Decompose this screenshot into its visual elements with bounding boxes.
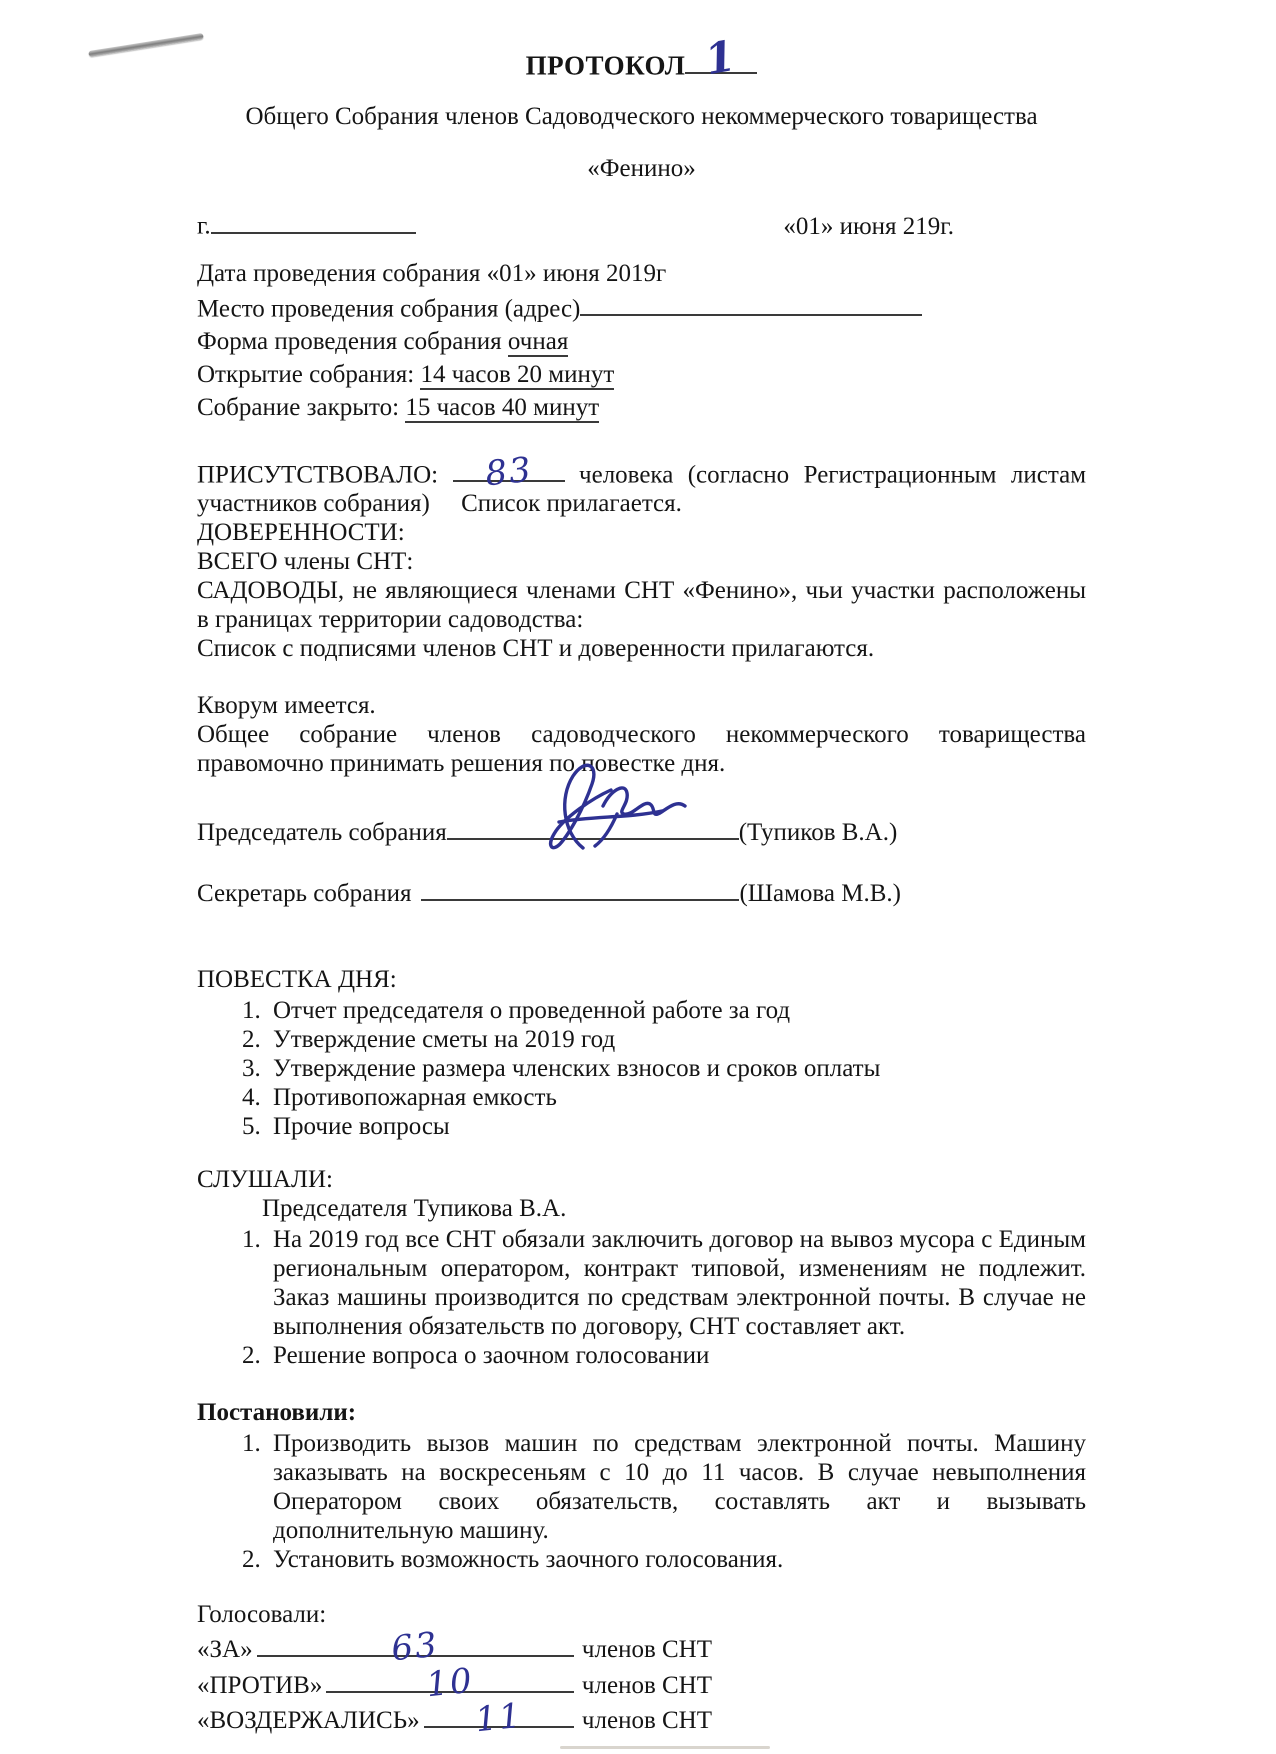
vote-suffix: членов СНТ [582,1671,712,1701]
close-label: Собрание закрыто: [197,394,399,421]
city-blank [211,207,416,233]
present-line: ПРИСУТСТВОВАЛО: 83 человека (согласно Ре… [197,456,1086,518]
signatures-attached-text: Список с подписями членов СНТ и доверенн… [197,634,1086,663]
proxies-label: ДОВЕРЕННОСТИ: [197,518,1086,547]
agenda-item: Отчет председателя о проведенной работе … [267,996,1086,1025]
place-label: Место проведения собрания (адрес) [197,295,580,322]
vote-label: «ЗА» [197,1635,253,1665]
quorum-authority-line: Общее собрание членов садоводческого нек… [197,720,1086,778]
document-title-row: ПРОТОКОЛ1 [197,46,1086,81]
place-blank [580,290,922,316]
vote-row-za: «ЗА» 63 членов СНТ [197,1630,712,1666]
quorum-section: Кворум имеется. Общее собрание членов са… [197,691,1086,778]
heard-list: На 2019 год все СНТ обязали заключить до… [197,1225,1086,1370]
document-date: «01» июня 219г. [783,213,954,241]
agenda-item: Прочие вопросы [267,1112,1086,1141]
secretary-signature-row: Секретарь собрания (Шамова М.В.) [197,874,1086,908]
quorum-line: Кворум имеется. [197,691,1086,720]
chairman-signature-blank [447,814,739,840]
agenda-list: Отчет председателя о проведенной работе … [197,996,1086,1141]
handwritten-vote-count-protiv: 10 [425,1665,475,1700]
chairman-signature-row: Председатель собрания (Тупиков В.А.) [197,814,1086,848]
agenda-item: Противопожарная емкость [267,1083,1086,1112]
vote-count-blank: 10 [326,1665,574,1693]
heard-item: На 2019 год все СНТ обязали заключить до… [267,1225,1086,1341]
resolved-item: Производить вызов машин по средствам эле… [267,1429,1086,1545]
present-count-blank: 83 [453,456,565,482]
agenda-item: Утверждение сметы на 2019 год [267,1025,1086,1054]
document-title: ПРОТОКОЛ [526,50,686,80]
form-value: очная [508,328,568,357]
gardeners-text: САДОВОДЫ, не являющиеся членами СНТ «Фен… [197,576,1086,634]
vote-row-vozderzhalis: «ВОЗДЕРЖАЛИСЬ» 11 членов СНТ [197,1701,712,1737]
voting-section: Голосовали: «ЗА» 63 членов СНТ «ПРОТИВ» … [197,1600,1086,1737]
staple-scan-artifact [88,33,204,57]
heard-heading: СЛУШАЛИ: [197,1165,1086,1194]
protocol-document-page: ПРОТОКОЛ1 Общего Собрания членов Садовод… [0,0,1276,1754]
vote-count-blank: 11 [424,1701,574,1729]
resolved-heading: Постановили: [197,1398,1086,1427]
form-label: Форма проведения собрания [197,328,502,355]
list-attached-text: Список прилагается. [461,490,682,517]
handwritten-present-count: 83 [484,456,534,490]
heard-section: СЛУШАЛИ: Председателя Тупикова В.А. На 2… [197,1165,1086,1370]
vote-row-protiv: «ПРОТИВ» 10 членов СНТ [197,1665,712,1701]
city-field: г. [197,207,416,240]
handwritten-protocol-number: 1 [702,31,741,85]
attendance-section: ПРИСУТСТВОВАЛО: 83 человека (согласно Ре… [197,456,1086,663]
resolved-section: Постановили: Производить вызов машин по … [197,1398,1086,1574]
open-value: 14 часов 20 минут [420,361,614,390]
agenda-item: Утверждение размера членских взносов и с… [267,1054,1086,1083]
present-label: ПРИСУТСТВОВАЛО: [197,461,438,488]
resolved-list: Производить вызов машин по средствам эле… [197,1429,1086,1574]
vote-suffix: членов СНТ [582,1635,712,1665]
resolved-item: Установить возможность заочного голосова… [267,1545,1086,1574]
secretary-label: Секретарь собрания [197,879,411,909]
city-prefix: г. [197,213,211,240]
total-members-label: ВСЕГО члены СНТ: [197,547,1086,576]
agenda-section: ПОВЕСТКА ДНЯ: Отчет председателя о прове… [197,965,1086,1141]
heard-item: Решение вопроса о заочном голосовании [267,1341,1086,1370]
chairman-name: (Тупиков В.А.) [739,818,898,848]
handwritten-vote-count-vozderzhalis: 11 [474,1701,524,1736]
voting-heading: Голосовали: [197,1600,1086,1630]
vote-count-blank: 63 [257,1630,574,1658]
heard-speaker: Председателя Тупикова В.А. [197,1194,1086,1223]
city-date-row: г. «01» июня 219г. [197,207,1086,240]
vote-label: «ВОЗДЕРЖАЛИСЬ» [197,1706,420,1736]
meeting-details: Дата проведения собрания «01» июня 2019г… [197,257,1086,424]
agenda-heading: ПОВЕСТКА ДНЯ: [197,965,1086,994]
meeting-close-line: Собрание закрыто: 15 часов 40 минут [197,391,1086,424]
meeting-open-line: Открытие собрания: 14 часов 20 минут [197,358,1086,391]
chairman-label: Председатель собрания [197,818,447,848]
meeting-date-line: Дата проведения собрания «01» июня 2019г [197,257,1086,290]
close-value: 15 часов 40 минут [405,394,599,423]
document-subtitle: Общего Собрания членов Садоводческого не… [197,103,1086,131]
open-label: Открытие собрания: [197,361,414,388]
vote-suffix: членов СНТ [582,1706,712,1736]
secretary-name: (Шамова М.В.) [739,879,901,909]
vote-label: «ПРОТИВ» [197,1671,322,1701]
organization-name: «Фенино» [197,155,1086,183]
title-number-blank: 1 [685,46,757,74]
handwritten-vote-count-za: 63 [390,1630,440,1665]
secretary-signature-blank [421,874,739,900]
meeting-form-line: Форма проведения собрания очная [197,325,1086,358]
meeting-place-line: Место проведения собрания (адрес) [197,290,1086,325]
scan-edge-artifact [560,1746,770,1749]
